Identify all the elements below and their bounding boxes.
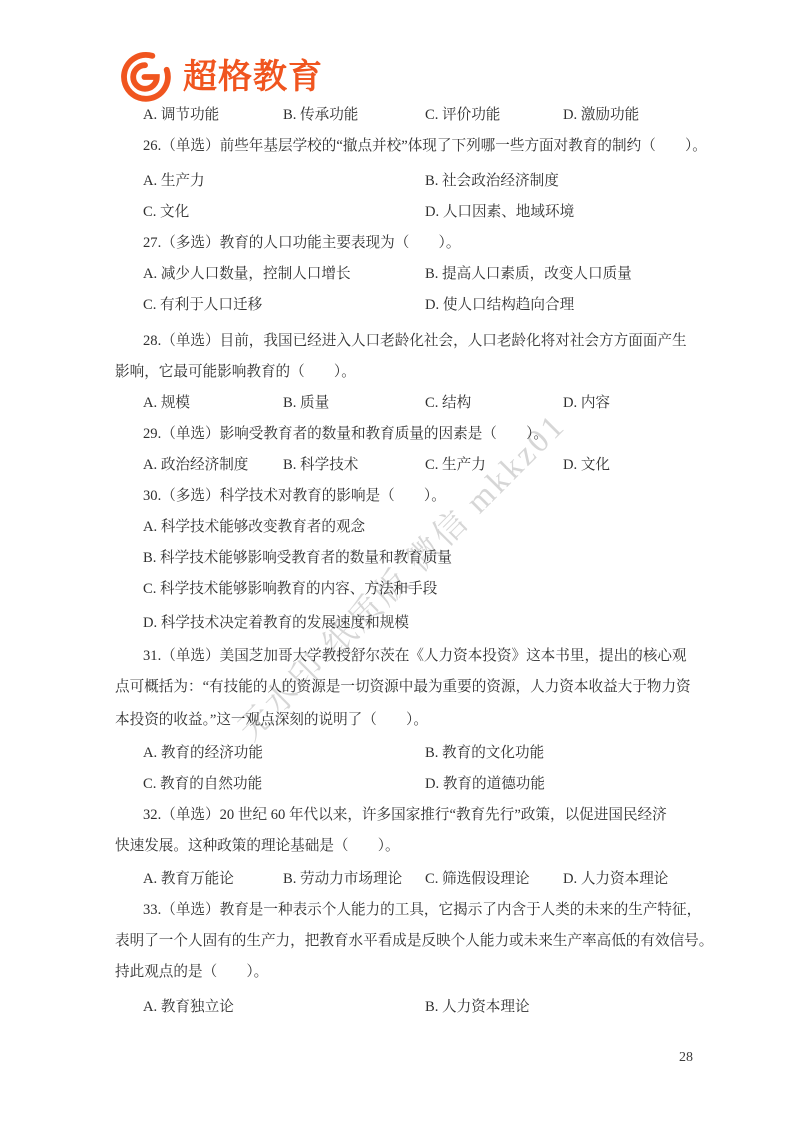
option-row: A. 减少人口数量，控制人口增长 B. 提高人口素质，改变人口质量 [115, 259, 697, 290]
option-row: C. 文化 D. 人口因素、地域环境 [115, 197, 697, 228]
question-line-33: 33.（单选）教育是一种表示个人能力的工具，它揭示了内含于人类的未来的生产特征， [115, 895, 697, 926]
option-cell: B. 劳动力市场理论 [283, 864, 425, 895]
question-line-31: 31.（单选）美国芝加哥大学教授舒尔茨在《人力资本投资》这本书里，提出的核心观 [115, 641, 697, 672]
option-cell: A. 生产力 [143, 166, 425, 197]
option-cell: D. 人口因素、地域环境 [425, 197, 697, 228]
option-row: A. 规模 B. 质量 C. 结构 D. 内容 [115, 388, 697, 419]
question-continuation: 持此观点的是（ ）。 [115, 957, 697, 988]
page-number: 28 [679, 1050, 693, 1066]
option-cell: A. 减少人口数量，控制人口增长 [143, 259, 425, 290]
option-cell: B. 教育的文化功能 [425, 738, 697, 769]
option-cell: C. 文化 [143, 197, 425, 228]
option-cell: B. 质量 [283, 388, 425, 419]
option-line: B. 科学技术能够影响受教育者的数量和教育质量 [115, 543, 697, 574]
question-line-32: 32.（单选）20 世纪 60 年代以来，许多国家推行“教育先行”政策，以促进国… [115, 800, 697, 831]
option-row: A. 调节功能 B. 传承功能 C. 评价功能 D. 激励功能 [115, 100, 697, 131]
option-cell: D. 教育的道德功能 [425, 769, 697, 800]
option-cell: A. 教育万能论 [143, 864, 283, 895]
option-cell: D. 人力资本理论 [563, 864, 697, 895]
question-continuation: 本投资的收益。”这一观点深刻的说明了（ ）。 [115, 705, 697, 736]
option-cell: B. 人力资本理论 [425, 992, 697, 1023]
option-row: C. 教育的自然功能 D. 教育的道德功能 [115, 769, 697, 800]
option-cell: C. 筛选假设理论 [425, 864, 563, 895]
option-cell: D. 内容 [563, 388, 697, 419]
question-line-28: 28.（单选）目前，我国已经进入人口老龄化社会，人口老龄化将对社会方方面面产生 [115, 326, 697, 357]
option-cell: D. 激励功能 [563, 100, 697, 131]
option-cell: C. 生产力 [425, 450, 563, 481]
brand-logo: 超格教育 [118, 50, 323, 104]
question-continuation: 快速发展。这种政策的理论基础是（ ）。 [115, 831, 697, 862]
option-row: A. 生产力 B. 社会政治经济制度 [115, 166, 697, 197]
option-cell: A. 政治经济制度 [143, 450, 283, 481]
document-page: 超格教育 无水印 纸质版 微信 mkkz01 A. 调节功能 B. 传承功能 C… [0, 0, 804, 1137]
option-cell: A. 教育独立论 [143, 992, 425, 1023]
option-cell: B. 提高人口素质，改变人口质量 [425, 259, 697, 290]
option-cell: A. 教育的经济功能 [143, 738, 425, 769]
option-cell: C. 有利于人口迁移 [143, 290, 425, 321]
option-cell: C. 结构 [425, 388, 563, 419]
document-content: A. 调节功能 B. 传承功能 C. 评价功能 D. 激励功能 26.（单选）前… [115, 100, 697, 1023]
option-cell: C. 评价功能 [425, 100, 563, 131]
chaoge-g-icon [118, 50, 172, 104]
option-row: A. 政治经济制度 B. 科学技术 C. 生产力 D. 文化 [115, 450, 697, 481]
option-cell: C. 教育的自然功能 [143, 769, 425, 800]
option-cell: A. 调节功能 [143, 100, 283, 131]
question-line-30: 30.（多选）科学技术对教育的影响是（ ）。 [115, 481, 697, 512]
option-row: A. 教育万能论 B. 劳动力市场理论 C. 筛选假设理论 D. 人力资本理论 [115, 864, 697, 895]
option-cell: A. 规模 [143, 388, 283, 419]
option-row: A. 教育独立论 B. 人力资本理论 [115, 992, 697, 1023]
option-cell: D. 使人口结构趋向合理 [425, 290, 697, 321]
option-cell: B. 传承功能 [283, 100, 425, 131]
option-line: A. 科学技术能够改变教育者的观念 [115, 512, 697, 543]
option-row: A. 教育的经济功能 B. 教育的文化功能 [115, 738, 697, 769]
option-cell: B. 社会政治经济制度 [425, 166, 697, 197]
question-line-27: 27.（多选）教育的人口功能主要表现为（ ）。 [115, 228, 697, 259]
option-cell: D. 文化 [563, 450, 697, 481]
question-line-26: 26.（单选）前些年基层学校的“撤点并校”体现了下列哪一些方面对教育的制约（ ）… [115, 131, 697, 162]
question-line-29: 29.（单选）影响受教育者的数量和教育质量的因素是（ ）。 [115, 419, 697, 450]
brand-name: 超格教育 [183, 60, 323, 94]
option-row: C. 有利于人口迁移 D. 使人口结构趋向合理 [115, 290, 697, 321]
question-continuation: 点可概括为：“有技能的人的资源是一切资源中最为重要的资源，人力资本收益大于物力资 [115, 672, 697, 703]
option-cell: B. 科学技术 [283, 450, 425, 481]
question-continuation: 表明了一个人固有的生产力，把教育水平看成是反映个人能力或未来生产率高低的有效信号… [115, 926, 697, 957]
option-line: C. 科学技术能够影响教育的内容、方法和手段 [115, 574, 697, 605]
question-continuation: 影响，它最可能影响教育的（ ）。 [115, 357, 697, 388]
option-line: D. 科学技术决定着教育的发展速度和规模 [115, 608, 697, 639]
